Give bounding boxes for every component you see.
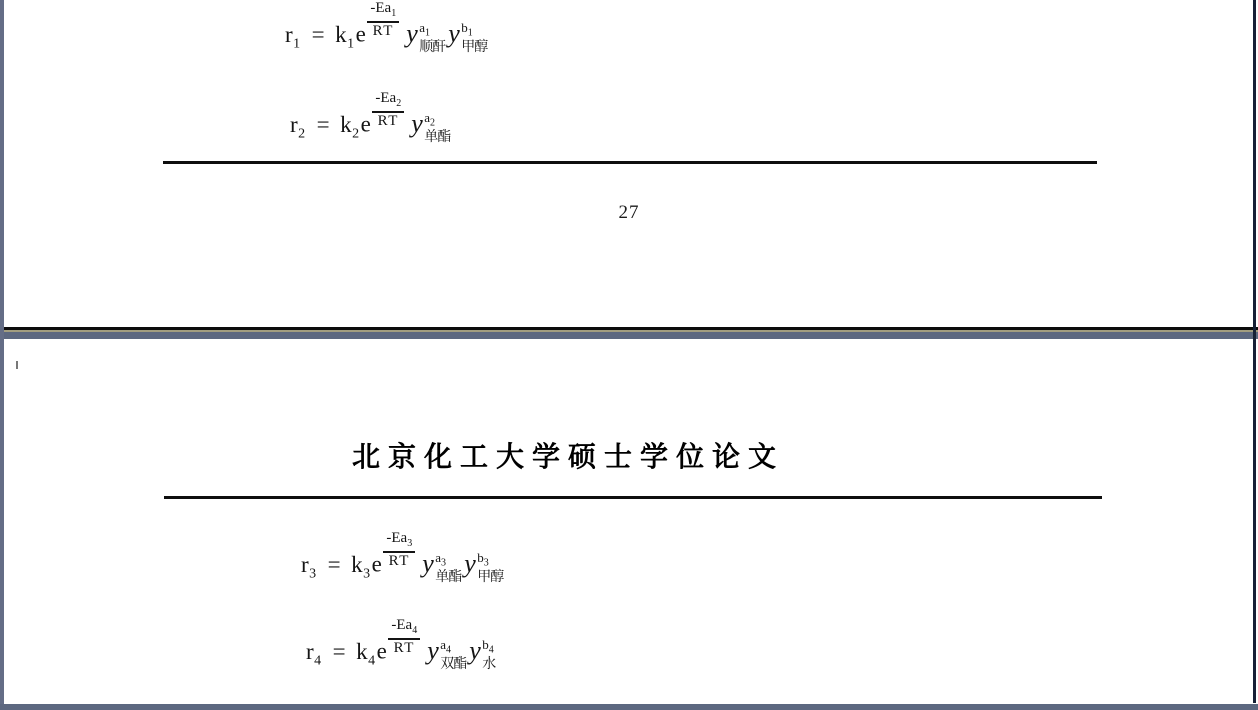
- stray-scan-mark: [16, 361, 18, 369]
- arrhenius-exponent-fraction: -Ea2RT: [372, 91, 404, 129]
- mole-fraction-term-1: ya4双酯: [427, 639, 466, 664]
- page-2: 北京化工大学硕士学位论文 r3=k3e-Ea3RTya3单酯yb3甲醇 r4=k…: [0, 339, 1258, 703]
- bottom-edge-strip: [0, 704, 1258, 710]
- equals-sign: =: [333, 639, 346, 664]
- page-number: 27: [0, 202, 1258, 224]
- mole-fraction-term-2: yb4水: [469, 639, 495, 664]
- page-1: r1=k1e-Ea1RTya1顺酐yb1甲醇 r2=k2e-Ea2RTya2单酯…: [0, 0, 1258, 327]
- page-separator: [0, 327, 1258, 339]
- left-edge-strip: [0, 0, 4, 710]
- equation-r3: r3=k3e-Ea3RTya3单酯yb3甲醇: [301, 531, 503, 585]
- pdf-viewer: r1=k1e-Ea1RTya1顺酐yb1甲醇 r2=k2e-Ea2RTya2单酯…: [0, 0, 1258, 710]
- mole-fraction-term-1: ya1顺酐: [406, 22, 445, 47]
- arrhenius-exponent-fraction: -Ea3RT: [383, 531, 415, 569]
- equation-r1: r1=k1e-Ea1RTya1顺酐yb1甲醇: [285, 1, 487, 55]
- equals-sign: =: [328, 552, 341, 577]
- mole-fraction-term-2: yb3甲醇: [464, 552, 503, 577]
- separator-gap: [0, 332, 1258, 340]
- equation-r2: r2=k2e-Ea2RTya2单酯: [290, 91, 450, 145]
- exp-base: e: [356, 22, 367, 47]
- exp-base: e: [372, 552, 383, 577]
- equation-lhs: r3: [301, 552, 317, 577]
- header-rule: [164, 496, 1102, 499]
- equals-sign: =: [317, 112, 330, 137]
- rate-constant: k1: [335, 22, 355, 47]
- arrhenius-exponent-fraction: -Ea1RT: [367, 1, 399, 39]
- right-border-line: [1253, 0, 1256, 703]
- arrhenius-exponent-fraction: -Ea4RT: [388, 618, 420, 656]
- rate-constant: k2: [340, 112, 360, 137]
- equation-lhs: r4: [306, 639, 322, 664]
- equals-sign: =: [312, 22, 325, 47]
- page-footer-rule: [163, 161, 1097, 164]
- rate-constant: k3: [351, 552, 371, 577]
- thesis-header-title: 北京化工大学硕士学位论文: [352, 435, 784, 475]
- mole-fraction-term-1: ya3单酯: [422, 552, 461, 577]
- equation-r4: r4=k4e-Ea4RTya4双酯yb4水: [306, 618, 495, 672]
- exp-base: e: [377, 639, 388, 664]
- equation-lhs: r2: [290, 112, 306, 137]
- equation-lhs: r1: [285, 22, 301, 47]
- exp-base: e: [361, 112, 372, 137]
- mole-fraction-term-1: ya2单酯: [411, 112, 450, 137]
- mole-fraction-term-2: yb1甲醇: [448, 22, 487, 47]
- rate-constant: k4: [356, 639, 376, 664]
